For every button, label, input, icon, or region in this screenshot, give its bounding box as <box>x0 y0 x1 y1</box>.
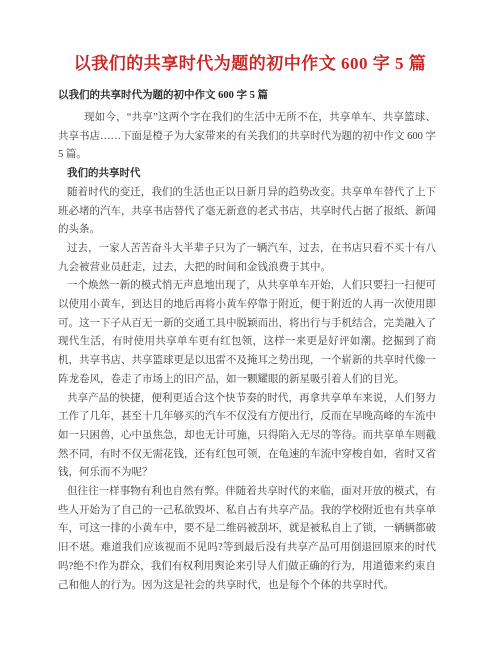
document-subtitle: 以我们的共享时代为题的初中作文 600 字 5 篇 <box>58 90 436 102</box>
document-page: 以我们的共享时代为题的初中作文 600 字 5 篇 以我们的共享时代为题的初中作… <box>0 0 500 647</box>
essay-section-title: 我们的共享时代 <box>58 165 436 184</box>
paragraph-intro: 现如今，“共享”这两个字在我们的生活中无所不在，共享单车、共享篮球、共享书店……… <box>58 109 436 165</box>
paragraph: 过去，一家人苦苦奋斗大半辈子只为了一辆汽车，过去，在书店只看不买十有八九会被营业… <box>58 240 436 277</box>
document-title: 以我们的共享时代为题的初中作文 600 字 5 篇 <box>40 52 460 76</box>
paragraph: 共享产品的快捷，便利更适合这个快节奏的时代，再拿共享单车来说，人们努力工作了几年… <box>58 390 436 484</box>
paragraph: 随着时代的变迁，我们的生活也正以日新月异的趋势改变。共享单车替代了上下班必堵的汽… <box>58 184 436 240</box>
paragraph: 但往往一样事物有利也自然有弊。伴随着共享时代的来临，面对开放的模式，有些人开始为… <box>58 483 436 595</box>
paragraph: 一个焕然一新的模式悄无声息地出现了，从共享单车开始，人们只要扫一扫便可以使用小黄… <box>58 277 436 389</box>
document-body: 现如今，“共享”这两个字在我们的生活中无所不在，共享单车、共享篮球、共享书店……… <box>58 109 436 595</box>
